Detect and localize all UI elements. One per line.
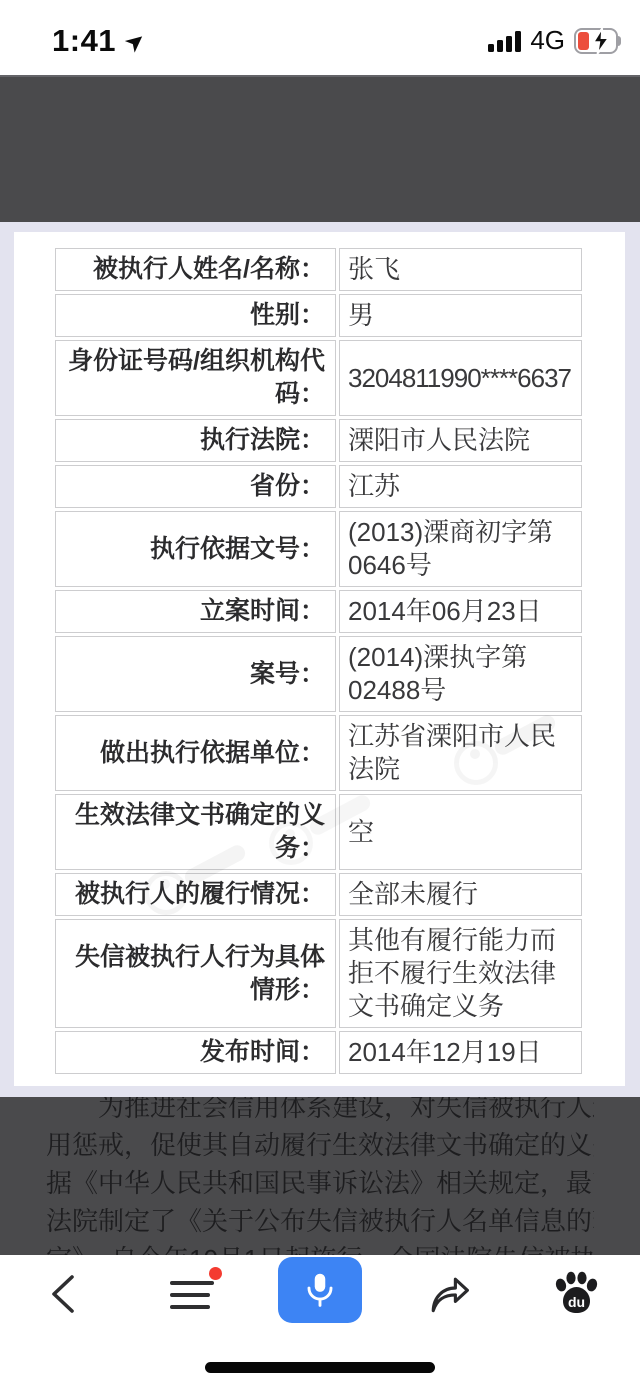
article-line: 用惩戒，促使其自动履行生效法律文书确定的义务，根 bbox=[46, 1126, 594, 1164]
table-row: 发布时间： 2014年12月19日 bbox=[55, 1031, 582, 1074]
table-row: 做出执行依据单位： 江苏省溧阳市人民法院 bbox=[55, 715, 582, 791]
table-row: 身份证号码/组织机构代码： 3204811990****6637 bbox=[55, 340, 582, 416]
article-line: 法院制定了《关于公布失信被执行人名单信息的若干规 bbox=[46, 1202, 594, 1240]
row-value: 2014年06月23日 bbox=[339, 590, 582, 633]
location-arrow-icon: ➤ bbox=[118, 24, 152, 59]
dimmed-article-text: 为推进社会信用体系建设，对失信被执行人进行信 用惩戒，促使其自动履行生效法律文书… bbox=[0, 1097, 640, 1255]
row-label: 身份证号码/组织机构代码： bbox=[55, 340, 336, 416]
voice-search-button[interactable] bbox=[278, 1257, 362, 1323]
chevron-left-icon bbox=[45, 1270, 83, 1318]
status-bar: 1:41 ➤ 4G bbox=[0, 0, 640, 75]
table-row: 省份： 江苏 bbox=[55, 465, 582, 508]
article-line: 为推进社会信用体系建设，对失信被执行人进行信 bbox=[46, 1097, 594, 1126]
row-value: 男 bbox=[339, 294, 582, 337]
article-line: 定》，自今年10月1日起施行。全国法院失信被执行人名 bbox=[46, 1240, 594, 1255]
voice-search-button-cell bbox=[256, 1265, 384, 1323]
table-row: 被执行人姓名/名称： 张飞 bbox=[55, 248, 582, 291]
status-right: 4G bbox=[488, 25, 624, 56]
lightning-bolt-icon bbox=[587, 27, 615, 55]
table-row: 执行依据文号： (2013)溧商初字第0646号 bbox=[55, 511, 582, 587]
table-row: 性别： 男 bbox=[55, 294, 582, 337]
row-label: 被执行人姓名/名称： bbox=[55, 248, 336, 291]
table-row: 被执行人的履行情况： 全部未履行 bbox=[55, 873, 582, 916]
row-label: 被执行人的履行情况： bbox=[55, 873, 336, 916]
table-row: 案号： (2014)溧执字第02488号 bbox=[55, 636, 582, 712]
article-line: 据《中华人民共和国民事诉讼法》相关规定，最高人民 bbox=[46, 1164, 594, 1202]
row-value: 3204811990****6637 bbox=[339, 340, 582, 416]
baidu-home-button[interactable]: du bbox=[512, 1270, 640, 1318]
row-label: 发布时间： bbox=[55, 1031, 336, 1074]
debtor-info-table: 被执行人姓名/名称： 张飞 性别： 男 身份证号码/组织机构代码： 320481… bbox=[52, 245, 585, 1077]
clock-time: 1:41 bbox=[52, 23, 116, 59]
row-value: (2013)溧商初字第0646号 bbox=[339, 511, 582, 587]
row-label: 立案时间： bbox=[55, 590, 336, 633]
debtor-detail-dialog: 被执行人姓名/名称： 张飞 性别： 男 身份证号码/组织机构代码： 320481… bbox=[14, 232, 625, 1086]
signal-strength-icon bbox=[488, 30, 521, 52]
modal-backdrop: 被执行人姓名/名称： 张飞 性别： 男 身份证号码/组织机构代码： 320481… bbox=[0, 222, 640, 1097]
row-value: 空 bbox=[339, 794, 582, 870]
table-row: 生效法律文书确定的义务： 空 bbox=[55, 794, 582, 870]
row-label: 性别： bbox=[55, 294, 336, 337]
baidu-du-label: du bbox=[568, 1294, 585, 1310]
row-label: 生效法律文书确定的义务： bbox=[55, 794, 336, 870]
back-button[interactable] bbox=[0, 1270, 128, 1318]
table-row: 立案时间： 2014年06月23日 bbox=[55, 590, 582, 633]
row-value: 其他有履行能力而拒不履行生效法律文书确定义务 bbox=[339, 919, 582, 1028]
share-forward-icon bbox=[424, 1271, 472, 1317]
row-label: 省份： bbox=[55, 465, 336, 508]
browser-toolbar: du bbox=[0, 1255, 640, 1386]
row-label: 执行依据文号： bbox=[55, 511, 336, 587]
menu-button[interactable] bbox=[128, 1271, 256, 1317]
row-label: 案号： bbox=[55, 636, 336, 712]
home-indicator[interactable] bbox=[205, 1362, 435, 1373]
dimmed-page-overlay-top bbox=[0, 75, 640, 222]
baidu-paw-icon: du bbox=[552, 1270, 600, 1318]
row-value: 2014年12月19日 bbox=[339, 1031, 582, 1074]
share-button[interactable] bbox=[384, 1271, 512, 1317]
hamburger-menu-icon bbox=[170, 1271, 214, 1317]
row-value: 江苏省溧阳市人民法院 bbox=[339, 715, 582, 791]
row-value: (2014)溧执字第02488号 bbox=[339, 636, 582, 712]
table-row: 执行法院： 溧阳市人民法院 bbox=[55, 419, 582, 462]
row-label: 执行法院： bbox=[55, 419, 336, 462]
battery-charging-icon bbox=[574, 28, 624, 54]
network-type-label: 4G bbox=[530, 25, 565, 56]
row-value: 溧阳市人民法院 bbox=[339, 419, 582, 462]
status-left: 1:41 ➤ bbox=[52, 23, 144, 59]
table-row: 失信被执行人行为具体情形： 其他有履行能力而拒不履行生效法律文书确定义务 bbox=[55, 919, 582, 1028]
row-value: 张飞 bbox=[339, 248, 582, 291]
row-value: 全部未履行 bbox=[339, 873, 582, 916]
row-value: 江苏 bbox=[339, 465, 582, 508]
phone-screen: 1:41 ➤ 4G bbox=[0, 0, 640, 1386]
row-label: 失信被执行人行为具体情形： bbox=[55, 919, 336, 1028]
row-label: 做出执行依据单位： bbox=[55, 715, 336, 791]
microphone-icon bbox=[297, 1267, 343, 1313]
notification-dot bbox=[209, 1267, 222, 1280]
